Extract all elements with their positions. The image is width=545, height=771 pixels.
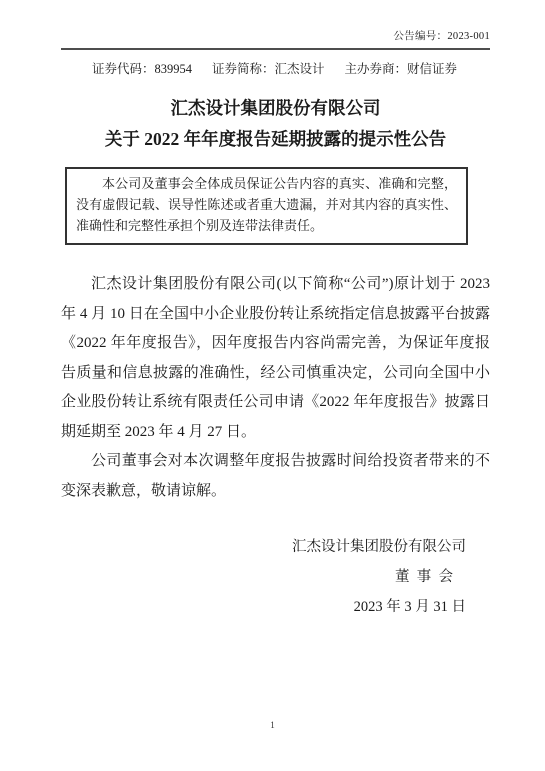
header-rule: [61, 48, 490, 50]
page-number: 1: [0, 720, 545, 730]
sponsor-broker: 主办券商：财信证券: [344, 61, 457, 77]
body-paragraph-2: 公司董事会对本次调整年度报告披露时间给投资者带来的不变深表歉意，敬请谅解。: [61, 447, 490, 506]
stock-abbreviation: 证券简称：汇杰设计: [212, 61, 325, 77]
page-title: 汇杰设计集团股份有限公司 关于 2022 年年度报告延期披露的提示性公告: [61, 93, 490, 155]
page-title-company: 汇杰设计集团股份有限公司: [61, 93, 490, 124]
body-text: 汇杰设计集团股份有限公司(以下简称“公司”)原计划于 2023 年 4 月 10…: [61, 270, 490, 506]
signature-date: 2023 年 3 月 31 日: [61, 592, 466, 622]
page-title-subject: 关于 2022 年年度报告延期披露的提示性公告: [61, 124, 490, 155]
stock-code: 证券代码：839954: [92, 61, 192, 77]
declaration-box: 本公司及董事会全体成员保证公告内容的真实、准确和完整，没有虚假记载、误导性陈述或…: [65, 167, 468, 245]
body-paragraph-1: 汇杰设计集团股份有限公司(以下简称“公司”)原计划于 2023 年 4 月 10…: [61, 270, 490, 447]
signature-company: 汇杰设计集团股份有限公司: [61, 532, 466, 562]
signature-block: 汇杰设计集团股份有限公司 董 事 会 2023 年 3 月 31 日: [61, 532, 490, 622]
declaration-text: 本公司及董事会全体成员保证公告内容的真实、准确和完整，没有虚假记载、误导性陈述或…: [76, 173, 457, 236]
securities-header: 证券代码：839954 证券简称：汇杰设计 主办券商：财信证券: [61, 61, 490, 77]
announcement-number: 公告编号：2023-001: [61, 30, 490, 44]
announcement-page: 公告编号：2023-001 证券代码：839954 证券简称：汇杰设计 主办券商…: [0, 0, 545, 771]
signature-board: 董 事 会: [61, 562, 466, 592]
